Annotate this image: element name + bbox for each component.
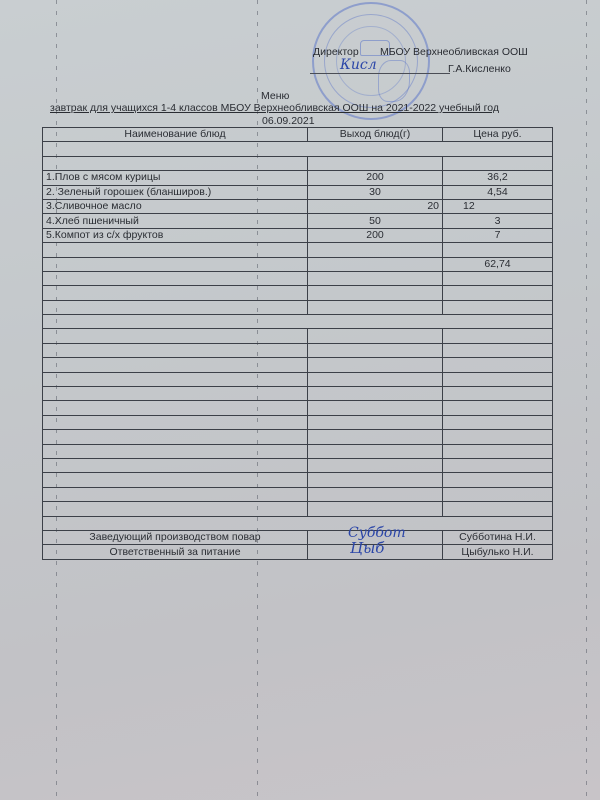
header-weight: Выход блюд(г) — [308, 128, 443, 142]
dish-name: 1.Плов с мясом курицы — [43, 171, 308, 185]
table-row — [43, 271, 553, 285]
table-row — [43, 142, 553, 156]
table-row: 1.Плов с мясом курицы 200 36,2 — [43, 171, 553, 185]
table-row — [43, 387, 553, 401]
signature-line — [310, 73, 450, 74]
table-row — [43, 444, 553, 458]
menu-table: Наименование блюд Выход блюд(г) Цена руб… — [42, 127, 553, 560]
table-row — [43, 156, 553, 170]
table-header-row: Наименование блюд Выход блюд(г) Цена руб… — [43, 128, 553, 142]
table-row: 2. Зеленый горошек (бланширов.) 30 4,54 — [43, 185, 553, 199]
total-price: 62,74 — [443, 257, 553, 271]
document-subtitle: завтрак для учащихся 1-4 классов МБОУ Ве… — [50, 102, 499, 114]
signature-row: Заведующий производством повар Суббот Су… — [43, 530, 553, 544]
total-row: 62,74 — [43, 257, 553, 271]
table-row — [43, 343, 553, 357]
table-row: 5.Компот из с/х фруктов 200 7 — [43, 228, 553, 242]
director-name: Г.А.Кисленко — [448, 63, 511, 75]
table-row — [43, 516, 553, 530]
handwritten-signature: Суббот — [348, 527, 406, 540]
dish-price: 12 — [443, 199, 553, 213]
table-row — [43, 401, 553, 415]
dish-name: 3.Сливочное масло — [43, 199, 308, 213]
director-signature: Кисл — [340, 57, 377, 73]
table-row — [43, 329, 553, 343]
table-row — [43, 243, 553, 257]
table-row — [43, 372, 553, 386]
header-price: Цена руб. — [443, 128, 553, 142]
table-row — [43, 358, 553, 372]
paper-fold-line — [586, 0, 587, 800]
dish-name: 2. Зеленый горошек (бланширов.) — [43, 185, 308, 199]
dish-weight: 20 — [308, 199, 443, 213]
header-dish-name: Наименование блюд — [43, 128, 308, 142]
table-row: 4.Хлеб пшеничный 50 3 — [43, 214, 553, 228]
table-row — [43, 487, 553, 501]
approval-organization: МБОУ Верхнеобливская ООШ — [380, 46, 528, 58]
signature-row: Ответственный за питание Цыб Цыбулько Н.… — [43, 545, 553, 559]
dish-price: 4,54 — [443, 185, 553, 199]
signature-role: Ответственный за питание — [43, 545, 308, 559]
dish-weight: 200 — [308, 171, 443, 185]
signature-role: Заведующий производством повар — [43, 530, 308, 544]
table-row — [43, 473, 553, 487]
dish-name: 4.Хлеб пшеничный — [43, 214, 308, 228]
table-row: 3.Сливочное масло 20 12 — [43, 199, 553, 213]
handwritten-signature: Цыб — [350, 542, 384, 555]
table-row — [43, 415, 553, 429]
document-title: Меню — [261, 90, 289, 102]
stamp-map-icon — [378, 60, 410, 102]
dish-weight: 200 — [308, 228, 443, 242]
table-row — [43, 502, 553, 516]
signature-cell: Цыб — [308, 545, 443, 559]
dish-weight: 50 — [308, 214, 443, 228]
document-date: 06.09.2021 — [262, 115, 315, 127]
table-row — [43, 286, 553, 300]
dish-price: 3 — [443, 214, 553, 228]
table-row — [43, 458, 553, 472]
dish-weight: 30 — [308, 185, 443, 199]
table-row — [43, 315, 553, 329]
dish-name: 5.Компот из с/х фруктов — [43, 228, 308, 242]
table-row — [43, 430, 553, 444]
signature-name: Субботина Н.И. — [443, 530, 553, 544]
signature-name: Цыбулько Н.И. — [443, 545, 553, 559]
dish-price: 36,2 — [443, 171, 553, 185]
dish-price: 7 — [443, 228, 553, 242]
table-row — [43, 300, 553, 314]
